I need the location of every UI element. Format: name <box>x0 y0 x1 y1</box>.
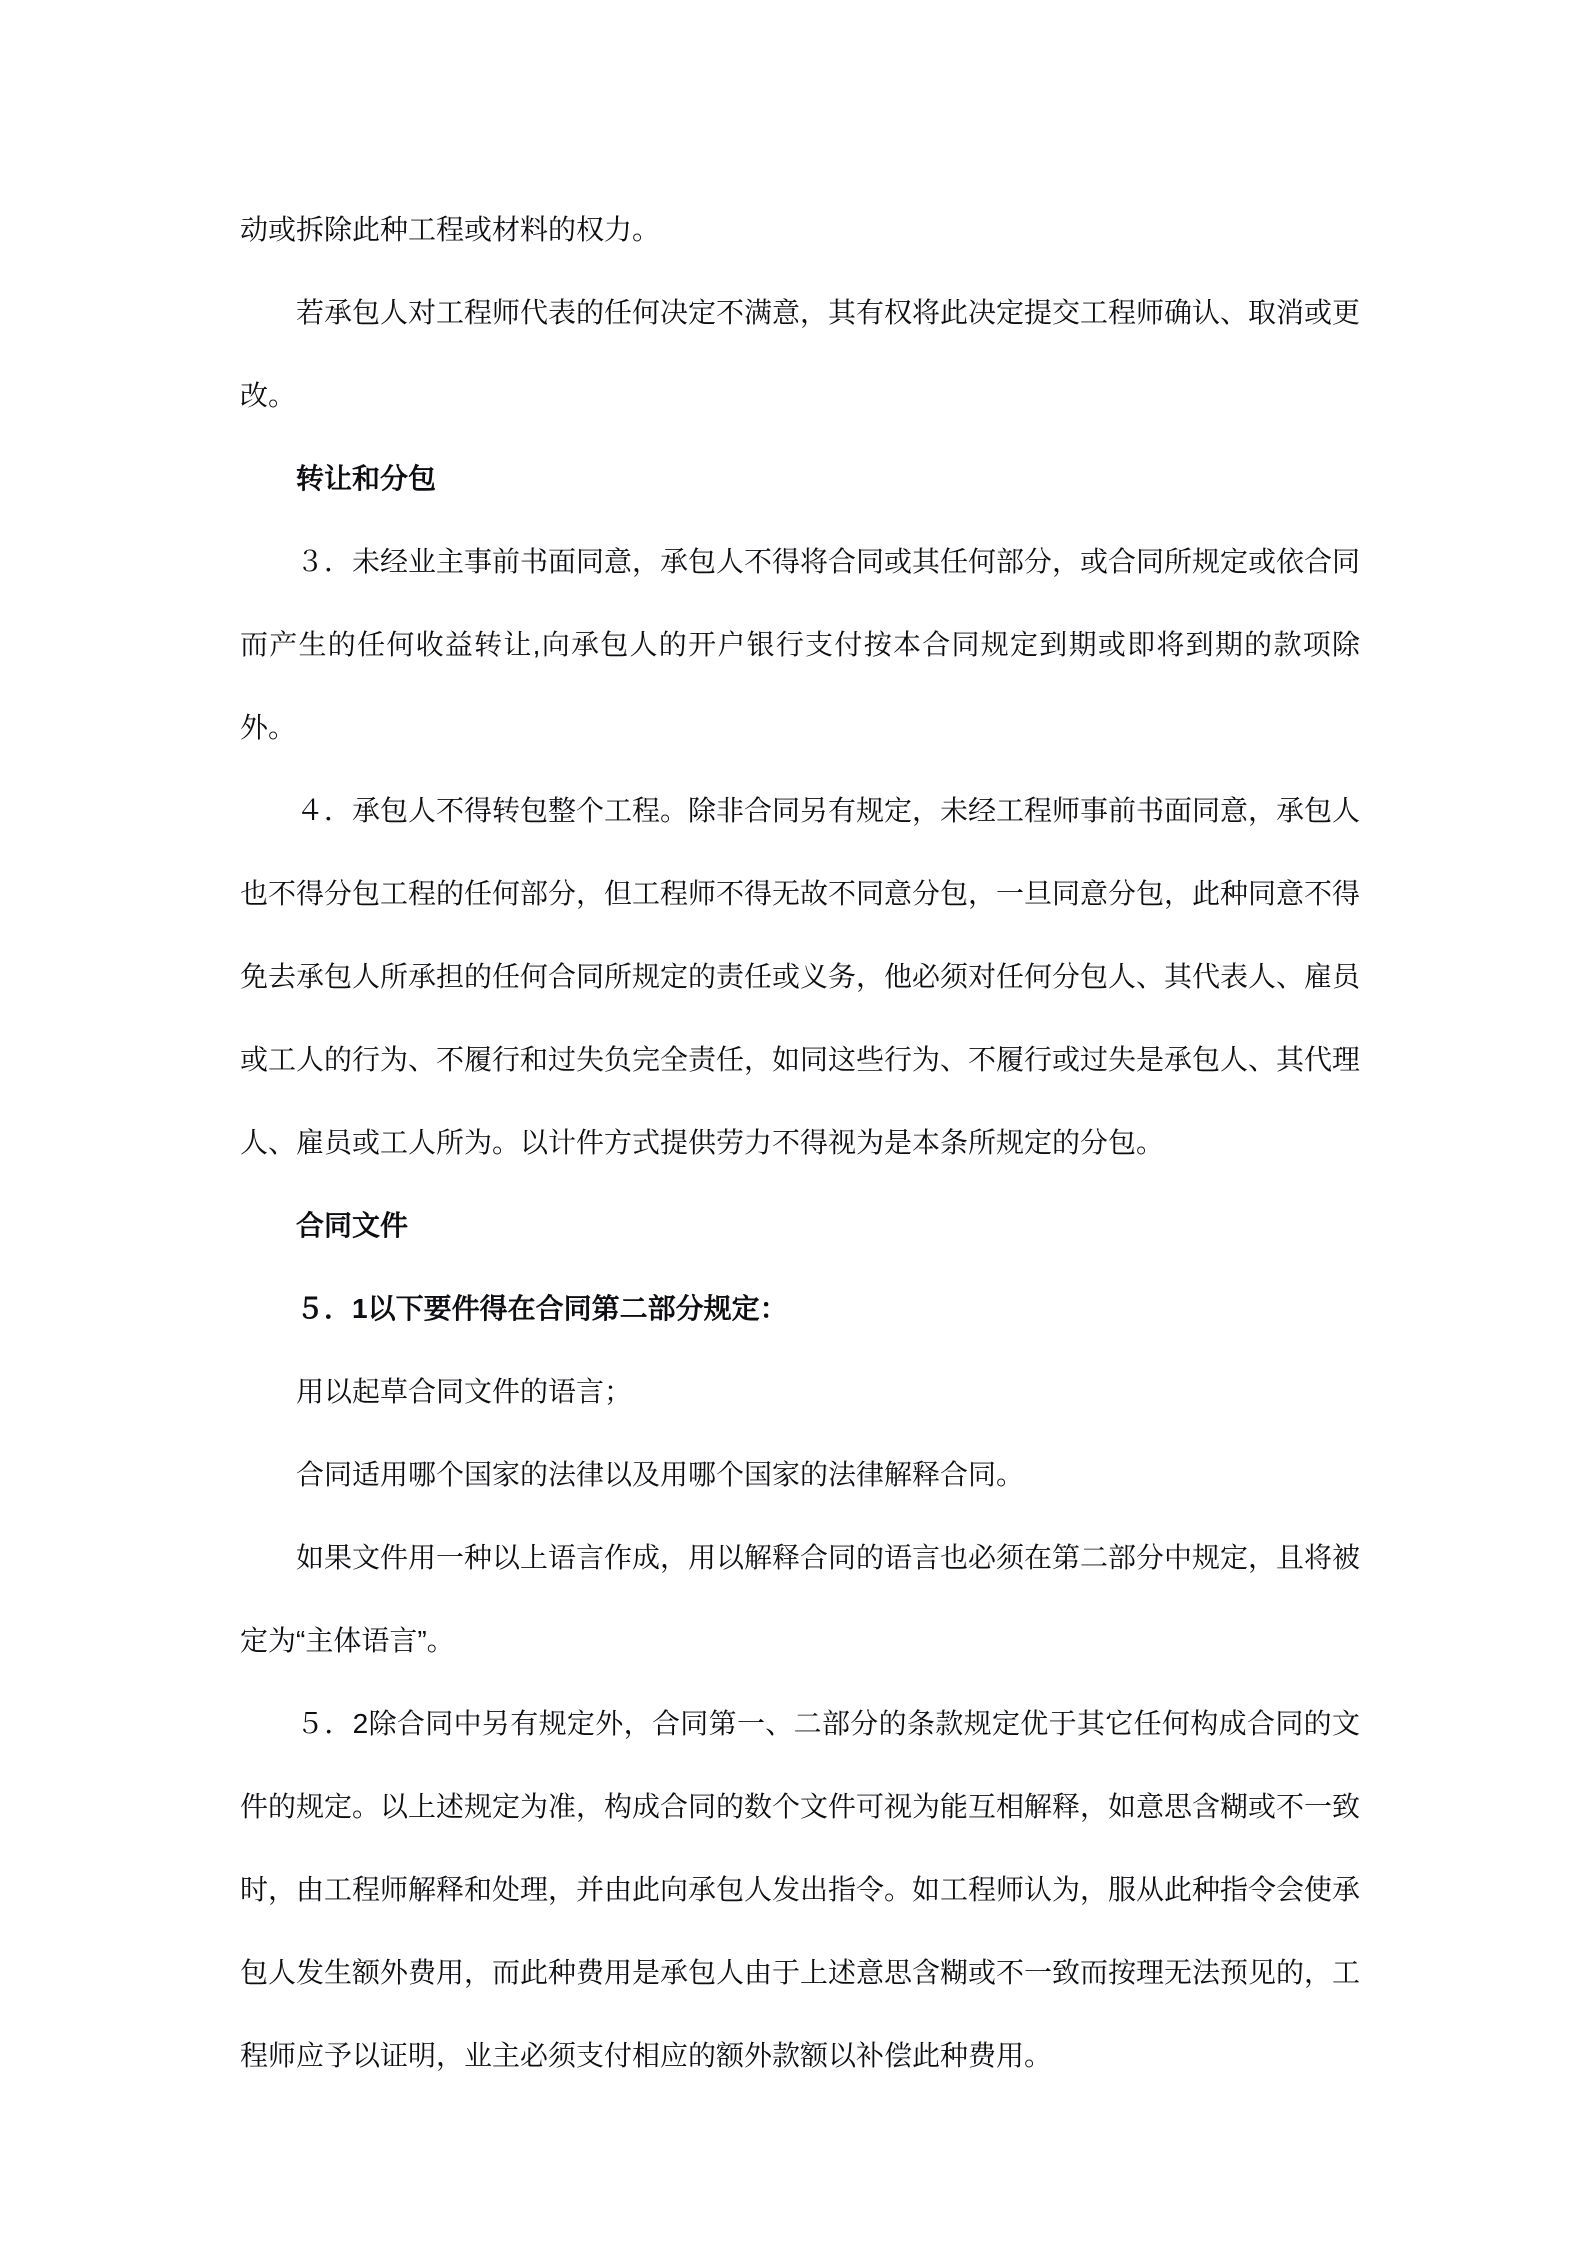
paragraph-ruling-language: 如果文件用一种以上语言作成，用以解释合同的语言也必须在第二部分中规定，且将被定为… <box>240 1516 1360 1682</box>
subheading-clause-5-1: ５．1以下要件得在合同第二部分规定： <box>240 1267 1360 1350</box>
paragraph-clause-4: ４．承包人不得转包整个工程。除非合同另有规定，未经工程师事前书面同意，承包人也不… <box>240 769 1360 1184</box>
paragraph-language-item: 用以起草合同文件的语言； <box>240 1350 1360 1433</box>
paragraph-clause-3: ３．未经业主事前书面同意，承包人不得将合同或其任何部分，或合同所规定或依合同而产… <box>240 520 1360 769</box>
section-heading-contract-documents: 合同文件 <box>240 1184 1360 1267</box>
paragraph-engineer-representative-decision: 若承包人对工程师代表的任何决定不满意，其有权将此决定提交工程师确认、取消或更改。 <box>240 271 1360 437</box>
paragraph-continuation: 动或拆除此种工程或材料的权力。 <box>240 188 1360 271</box>
paragraph-governing-law-item: 合同适用哪个国家的法律以及用哪个国家的法律解释合同。 <box>240 1433 1360 1516</box>
document-page: 动或拆除此种工程或材料的权力。 若承包人对工程师代表的任何决定不满意，其有权将此… <box>0 0 1586 2244</box>
paragraph-clause-5-2: ５．2除合同中另有规定外，合同第一、二部分的条款规定优于其它任何构成合同的文件的… <box>240 1682 1360 2097</box>
section-heading-assignment-subcontracting: 转让和分包 <box>240 437 1360 520</box>
